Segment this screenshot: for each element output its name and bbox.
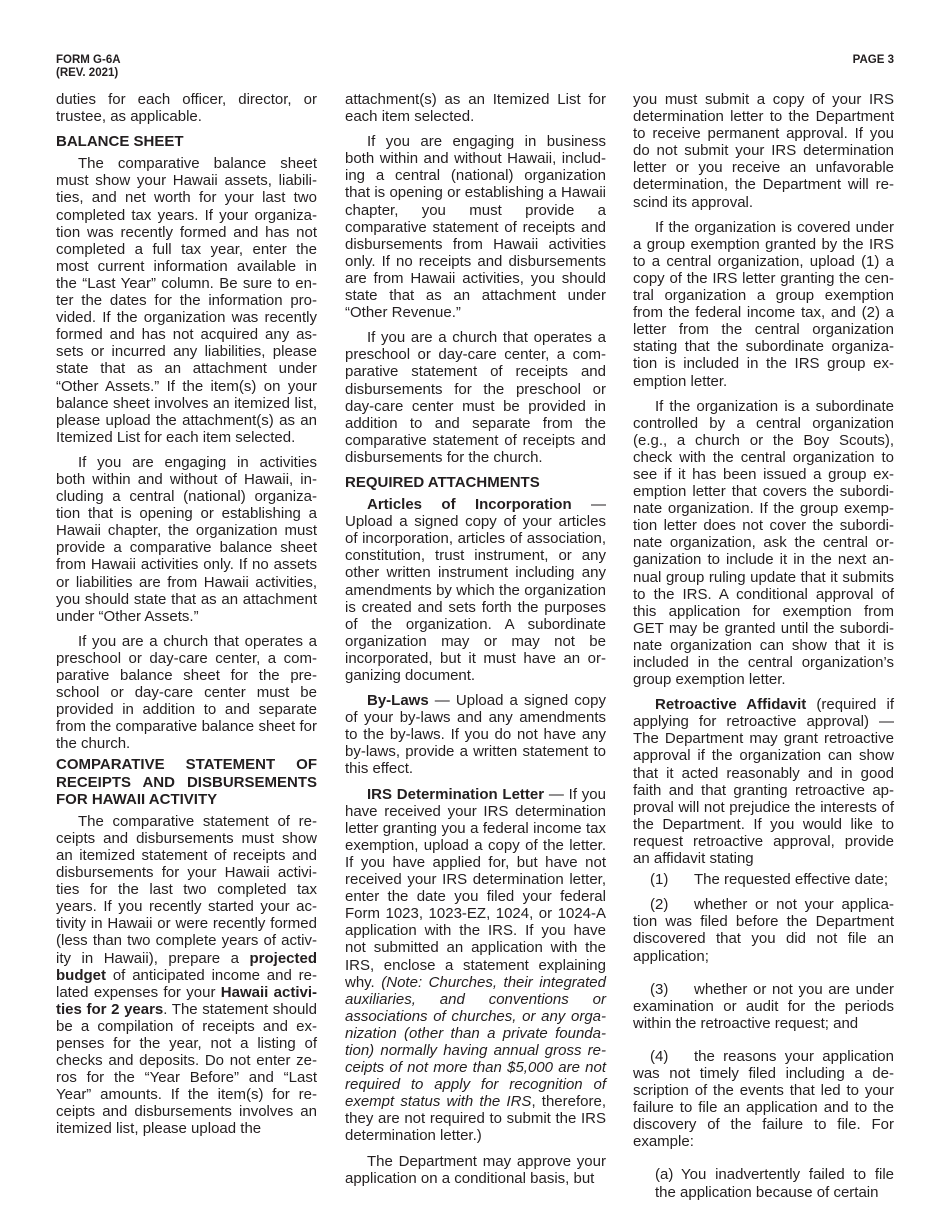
column-right: you must submit a copy of your IRS deter… [633,91,894,1209]
paragraph-receipts-multistate: If you are engaging in business both wit… [345,133,606,321]
paragraph-subordinate: If the organization is a subordinate con… [633,398,894,689]
heading-required-attachments: REQUIRED ATTACHMENTS [345,474,606,491]
paragraph-receipts-church: If you are a church that operates a pres… [345,329,606,466]
form-id: FORM G-6A [56,54,121,67]
column-left: duties for each officer, director, or tr… [56,91,317,1146]
heading-balance-sheet: BALANCE SHEET [56,133,317,150]
paragraph-balance-multistate: If you are engaging in activities both w… [56,454,317,625]
list-item: (4)the reasons your application was not … [633,1048,894,1151]
term-irs-determination-letter: IRS Determination Letter [367,786,544,803]
paragraph-conditional-approval: The Department may approve your applicat… [345,1153,606,1187]
paragraph-bylaws: By-Laws — Upload a signed copy of your b… [345,692,606,777]
list-item: (1)The requested effective date; [633,871,894,888]
paragraph-itemized-continued: attachment(s) as an Itemized List for ea… [345,91,606,125]
form-header: FORM G-6A (REV. 2021) [56,54,121,80]
paragraph-retroactive-affidavit: Retroactive Affidavit (required if apply… [633,696,894,867]
form-revision: (REV. 2021) [56,67,121,80]
term-bylaws: By-Laws [367,692,429,709]
paragraph-permanent-approval: you must submit a copy of your IRS deter… [633,91,894,211]
paragraph-irs-letter: IRS Determination Letter — If you have r… [345,786,606,1145]
irs-note: (Note: Churches, their inte­grated auxil… [345,974,606,1111]
term-articles-of-incorporation: Articles of Incorporation [367,496,572,513]
paragraph-officer-duties: duties for each officer, director, or tr… [56,91,317,125]
sub-list-item: (a)You inadvertently failed to file the … [655,1166,894,1200]
list-item: (2)whether or not your applica­tion was … [633,896,894,964]
paragraph-comparative-statement: The comparative statement of re­ceipts a… [56,813,317,1138]
paragraph-articles: Articles of Incorporation — Upload a sig… [345,496,606,684]
column-middle: attachment(s) as an Itemized List for ea… [345,91,606,1195]
list-item: (3)whether or not you are under examinat… [633,981,894,1032]
paragraph-group-exemption: If the organization is covered under a g… [633,219,894,390]
paragraph-balance-sheet: The comparative balance sheet must show … [56,155,317,446]
page-number: PAGE 3 [853,54,894,67]
term-retroactive-affidavit: Retroactive Affidavit [655,696,806,713]
heading-comparative-statement: COMPARATIVE STATEMENT OF RECEIPTS AND DI… [56,756,317,807]
paragraph-balance-church: If you are a church that operates a pres… [56,633,317,753]
